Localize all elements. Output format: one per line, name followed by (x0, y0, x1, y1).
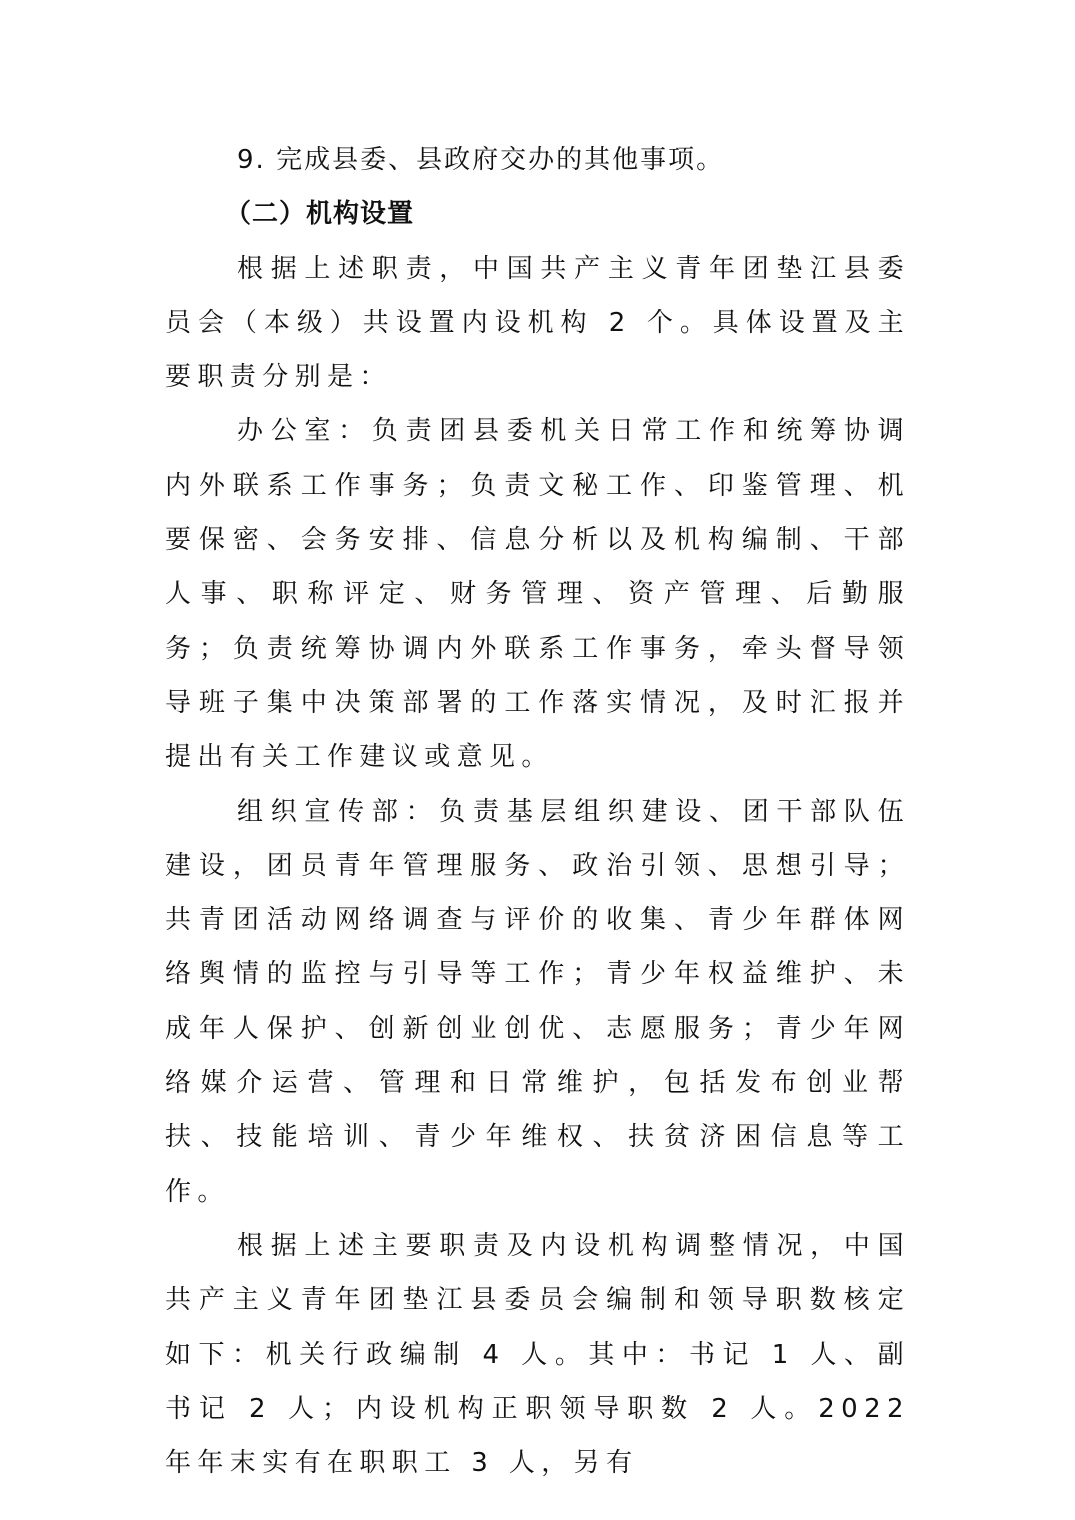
paragraph-intro: 根据上述职责，中国共产主义青年团垫江县委员会（本级）共设置内设机构 2 个。具体… (165, 242, 910, 405)
document-page: 9. 完成县委、县政府交办的其他事项。 （二）机构设置 根据上述职责，中国共产主… (165, 133, 910, 1490)
paragraph-organization-publicity: 组织宣传部：负责基层组织建设、团干部队伍建设，团员青年管理服务、政治引领、思想引… (165, 785, 910, 1219)
paragraph-staffing: 根据上述主要职责及内设机构调整情况，中国共产主义青年团垫江县委员会编制和领导职数… (165, 1219, 910, 1490)
section-heading: （二）机构设置 (165, 187, 910, 241)
paragraph-office: 办公室：负责团县委机关日常工作和统筹协调内外联系工作事务；负责文秘工作、印鉴管理… (165, 404, 910, 784)
list-item-9: 9. 完成县委、县政府交办的其他事项。 (165, 133, 910, 187)
